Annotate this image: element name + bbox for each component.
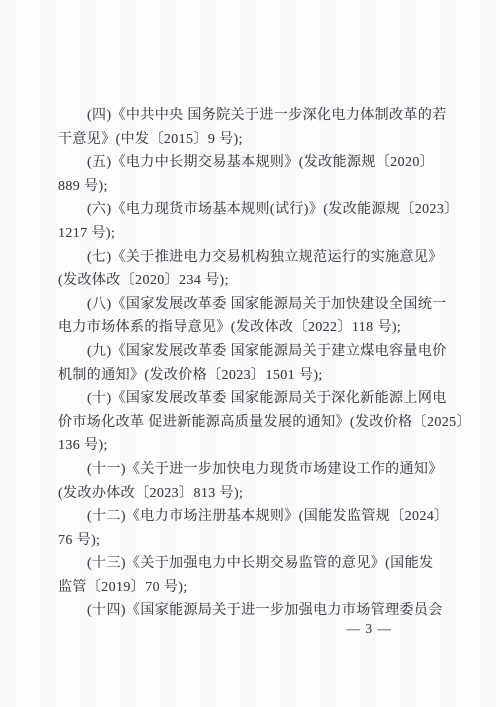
document-line: (九)《国家发展改革委 国家能源局关于建立煤电容量电价 [58, 340, 446, 364]
document-line: (十)《国家发展改革委 国家能源局关于深化新能源上网电 [58, 387, 446, 411]
document-line: (十三)《关于加强电力中长期交易监管的意见》(国能发 [58, 552, 446, 576]
document-line: (十二)《电力市场注册基本规则》(国能发监管规〔2024〕 [58, 505, 446, 529]
document-line: 136 号); [58, 434, 446, 458]
document-line: (七)《关于推进电力交易机构独立规范运行的实施意见》 [58, 246, 446, 270]
document-body: (四)《中共中央 国务院关于进一步深化电力体制改革的若 干意见》(中发〔2015… [58, 104, 446, 623]
document-line: 干意见》(中发〔2015〕9 号); [58, 128, 446, 152]
scanned-document-page: (四)《中共中央 国务院关于进一步深化电力体制改革的若 干意见》(中发〔2015… [0, 0, 500, 707]
document-line: (发改办体改〔2023〕813 号); [58, 482, 446, 506]
document-line: (八)《国家发展改革委 国家能源局关于加快建设全国统一 [58, 293, 446, 317]
document-line: 76 号); [58, 529, 446, 553]
document-line: 1217 号); [58, 222, 446, 246]
document-line: 电力市场体系的指导意见》(发改体改〔2022〕118 号); [58, 316, 446, 340]
document-line: (六)《电力现货市场基本规则(试行)》(发改能源规〔2023〕 [58, 198, 446, 222]
document-line: (发改体改〔2020〕234 号); [58, 269, 446, 293]
document-line: (五)《电力中长期交易基本规则》(发改能源规〔2020〕 [58, 151, 446, 175]
document-line: 监管〔2019〕70 号); [58, 576, 446, 600]
document-line: 889 号); [58, 175, 446, 199]
document-line: (十四)《国家能源局关于进一步加强电力市场管理委员会 [58, 599, 446, 623]
document-line: 机制的通知》(发改价格〔2023〕1501 号); [58, 364, 446, 388]
page-number: — 3 — [347, 621, 393, 637]
document-line: (四)《中共中央 国务院关于进一步深化电力体制改革的若 [58, 104, 446, 128]
document-line: (十一)《关于进一步加快电力现货市场建设工作的通知》 [58, 458, 446, 482]
document-line: 价市场化改革 促进新能源高质量发展的通知》(发改价格〔2025〕 [58, 411, 446, 435]
